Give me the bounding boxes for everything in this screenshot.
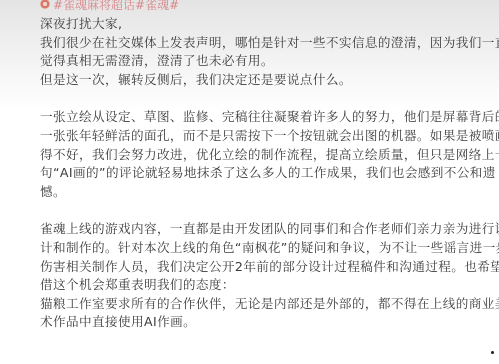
text-line: 一张张年轻鲜活的面孔，而不是只需按下一个按钮就会出图的机器。如果是被喷画: [40, 127, 492, 146]
super-topic-link[interactable]: #雀魂麻将超话#雀魂#: [40, 0, 492, 11]
super-topic-text: #雀魂麻将超话#雀魂#: [53, 0, 179, 13]
text-line: 计和制作的。针对本次上线的角色“南枫花”的疑问和争议，为不让一些谣言进一步: [40, 239, 492, 258]
paragraph-spacer: [40, 201, 492, 220]
text-line: 我们很少在社交媒体上发表声明，哪怕是针对一些不实信息的澄清，因为我们一直: [40, 34, 492, 53]
text-line: 借这个机会郑重表明我们的态度：: [40, 276, 492, 295]
paragraph-intro: 我们很少在社交媒体上发表声明，哪怕是针对一些不实信息的澄清，因为我们一直 觉得真…: [40, 34, 492, 90]
paragraph-artwork-effort: 一张立绘从设定、草图、监修、完稿往往凝聚着许多人的努力，他们是屏幕背后的 一张张…: [40, 108, 492, 201]
text-line: 猫粮工作室要求所有的合作伙伴，无论是内部还是外部的，都不得在上线的商业美: [40, 295, 492, 314]
text-line: 伤害相关制作人员，我们决定公开2年前的部分设计过程稿件和沟通过程。也希望: [40, 258, 492, 277]
statement-page: #雀魂麻将超话#雀魂# 深夜打扰大家, 我们很少在社交媒体上发表声明，哪怕是针对…: [40, 0, 492, 332]
text-line: 术作品中直接使用AI作画。: [40, 313, 492, 332]
text-line: 句“AI画的”的评论就轻易地抹杀了这么多人的工作成果，我们也会感到不公和遗: [40, 164, 492, 183]
text-line: 觉得真相无需澄清，澄清了也未必有用。: [40, 52, 492, 71]
text-line: 一张立绘从设定、草图、监修、完稿往往凝聚着许多人的努力，他们是屏幕背后的: [40, 108, 492, 127]
scroll-indicator-dot: [491, 351, 494, 354]
super-topic-icon: [40, 0, 50, 9]
text-line: 得不好，我们会努力改进，优化立绘的制作流程，提高立绘质量，但只是网络上一: [40, 146, 492, 165]
text-line: 但是这一次，辗转反侧后，我们决定还是要说点什么。: [40, 71, 492, 90]
text-line: 憾。: [40, 183, 492, 202]
paragraph-spacer: [40, 89, 492, 108]
paragraph-ai-policy: 雀魂上线的游戏内容，一直都是由开发团队的同事们和合作老师们亲力亲为进行设 计和制…: [40, 220, 492, 332]
greeting-line: 深夜打扰大家,: [40, 15, 492, 34]
text-line: 雀魂上线的游戏内容，一直都是由开发团队的同事们和合作老师们亲力亲为进行设: [40, 220, 492, 239]
greeting: 深夜打扰大家,: [40, 15, 492, 34]
